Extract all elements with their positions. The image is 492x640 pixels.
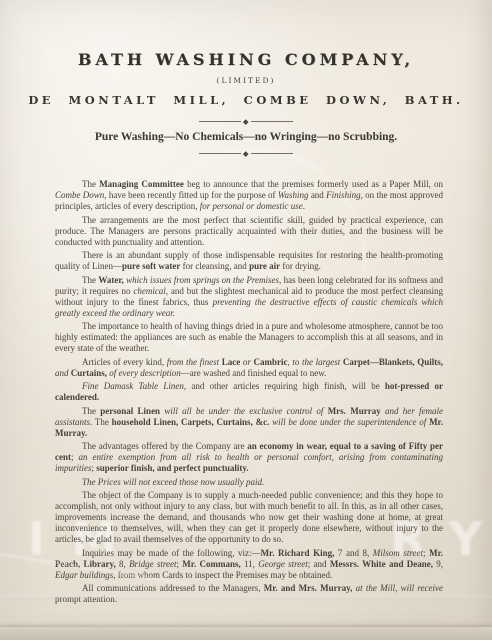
text-run: Carpet—Blankets, Quilts, [343, 357, 443, 367]
text-run: The Prices will not exceed those now usu… [82, 477, 264, 487]
text-run: George street [258, 559, 308, 569]
scan-bottom-edge [0, 627, 492, 640]
text-run: which issues from springs on the Premise… [124, 275, 279, 285]
text-run: beg to announce that the premises former… [184, 179, 443, 189]
text-run: The [82, 406, 100, 416]
text-run: The arrangements are the most perfect th… [55, 215, 443, 247]
text-run: Curtains, [71, 368, 107, 378]
text-run: Inquiries may be made of the following, … [82, 548, 261, 558]
text-run: 8, [116, 559, 129, 569]
document-body: The Managing Committee beg to announce t… [55, 179, 443, 608]
document-header: BATH WASHING COMPANY, (LIMITED) DE MONTA… [0, 50, 492, 155]
paragraph: The importance to health of having thing… [55, 321, 443, 354]
text-run: and [55, 368, 71, 378]
paragraph: The Prices will not exceed those now usu… [55, 477, 443, 488]
company-title: BATH WASHING COMPANY, [0, 50, 492, 69]
text-run: Finishing [326, 190, 361, 200]
text-run: ; and [308, 559, 330, 569]
limited-subtitle: (LIMITED) [0, 76, 492, 85]
paragraph: The arrangements are the most perfect th… [55, 215, 443, 248]
text-run: , to the largest [287, 357, 342, 367]
text-run: pure soft water [122, 261, 180, 271]
text-run: for personal or domestic use [200, 201, 303, 211]
text-run: and other articles requiring high finish… [186, 381, 385, 391]
text-run: Mr. Commans, [182, 559, 240, 569]
text-run: Fine Damask Table Linen, [82, 381, 186, 391]
text-run: The [82, 275, 98, 285]
text-run: The importance to health of having thing… [55, 321, 443, 353]
paper-crease-horizontal [0, 596, 492, 599]
diamond-ornament-icon [244, 151, 249, 156]
paragraph: Articles of every kind, from the finest … [55, 357, 443, 379]
divider-top [199, 120, 293, 124]
text-run: Combe Down [55, 190, 104, 200]
text-run: for cleansing, and [180, 261, 249, 271]
text-run: will be done under the superintendence o… [269, 417, 429, 427]
text-run: 11, [241, 559, 258, 569]
text-run: pure air [249, 261, 280, 271]
paragraph: The advantages offered by the Company ar… [55, 441, 443, 474]
text-run: The [82, 179, 99, 189]
text-run: All communications addressed to the Mana… [82, 583, 264, 593]
divider-line [251, 121, 293, 122]
text-run: at the Mill, will receive [352, 583, 443, 593]
text-run: 9, [433, 559, 443, 569]
paragraph: The Managing Committee beg to announce t… [55, 179, 443, 212]
text-run: The object of the Company is to supply a… [55, 490, 443, 544]
divider-line [251, 153, 293, 154]
text-run: Milsom street [373, 548, 423, 558]
tagline: Pure Washing—No Chemicals—no Wringing—no… [0, 131, 492, 143]
scanned-document-page: IM RY BATH WASHING COMPANY, (LIMITED) DE… [0, 0, 492, 640]
paragraph: The object of the Company is to supply a… [55, 490, 443, 545]
text-run: from the finest [167, 357, 222, 367]
text-run: and [309, 190, 327, 200]
text-run: of every description [107, 368, 181, 378]
text-run: Managing Committee [99, 179, 184, 189]
paragraph: Fine Damask Table Linen, and other artic… [55, 381, 443, 403]
text-run: The advantages offered by the Company ar… [82, 441, 247, 451]
text-run: Articles of every kind, [82, 357, 167, 367]
text-run: Washing [278, 190, 309, 200]
text-run: household Linen, Carpets, Curtains, &c. [112, 417, 270, 427]
text-run: Messrs. White and Deane, [330, 559, 433, 569]
text-run: , have been recently fitted up for the p… [104, 190, 278, 200]
text-run: will all be under the exclusive control … [160, 406, 328, 416]
paragraph: The Water, which issues from springs on … [55, 275, 443, 319]
paragraph: Inquiries may be made of the following, … [55, 548, 443, 581]
text-run: Lace [222, 357, 241, 367]
text-run: Mrs. Murray [328, 406, 381, 416]
text-run: or [240, 357, 253, 367]
text-run: Mr. and Mrs. Murray, [264, 583, 353, 593]
text-run: Cambric [253, 357, 287, 367]
divider-bottom [199, 152, 293, 156]
text-run: . [303, 201, 305, 211]
paragraph: The personal Linen will all be under the… [55, 406, 443, 439]
text-run: chemical [133, 286, 165, 296]
text-run: personal Linen [100, 406, 160, 416]
text-run: 7 and 8, [334, 548, 372, 558]
paragraph: All communications addressed to the Mana… [55, 583, 443, 605]
text-run: for drying. [280, 261, 321, 271]
text-run: superior finish, and perfect punctuality… [96, 463, 248, 473]
text-run: Bridge street [129, 559, 176, 569]
text-run: —are washed and finished equal to new. [181, 368, 327, 378]
divider-line [199, 121, 241, 122]
text-run: Mr. Richard King, [261, 548, 335, 558]
text-run: . The [90, 417, 112, 427]
diamond-ornament-icon [244, 119, 249, 124]
divider-line [199, 153, 241, 154]
address-line: DE MONTALT MILL, COMBE DOWN, BATH. [0, 93, 492, 107]
paragraph: There is an abundant supply of those ind… [55, 250, 443, 272]
text-run: Water, [98, 275, 123, 285]
